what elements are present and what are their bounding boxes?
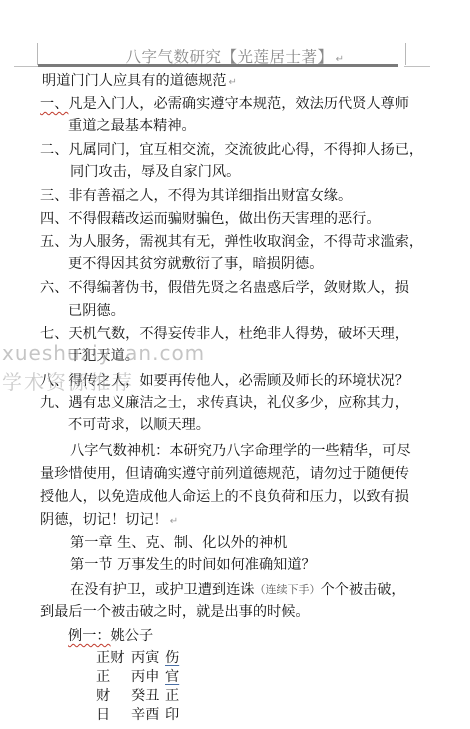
rule-1-line-2: 重道之最基本精神。 xyxy=(68,116,196,136)
example-col2-cell: 辛酉 xyxy=(131,705,159,725)
rule-6-line-1: 六、不得编著伪书，假借先贤之名蛊惑后学，敛财欺人，损 xyxy=(40,278,409,298)
example-col1-cell: 财 xyxy=(96,686,110,706)
rule-4-line-1: 四、不得假藉改运而骗财骗色，做出伤天害理的恶行。 xyxy=(40,209,381,229)
example-col2-cell: 丙申 xyxy=(131,667,159,687)
example-col3-cell: 官 xyxy=(165,667,179,687)
rule-text: 同门攻击，辱及自家门风。 xyxy=(70,164,240,180)
rule-2-line-2: 同门攻击，辱及自家门风。 xyxy=(70,162,240,182)
page-header[interactable]: 八字气数研究【光莲居士著】↵ xyxy=(0,45,470,67)
section-subheading: 第一节 万事发生的时间如何准确知道？ xyxy=(70,555,316,575)
paragraph-text: 到最后一个被击破之时，就是出事的时候。 xyxy=(40,604,310,620)
rule-5-line-2: 更不得因其贫穷就敷衍了事，暗损阴德。 xyxy=(68,254,323,274)
rule-9-line-2: 不可苛求，以顺天理。 xyxy=(68,415,210,435)
rule-5-line-1: 五、为人服务，需视其有无，弹性收取润金，不得苛求滥索， xyxy=(40,232,423,252)
rule-number: 九、 xyxy=(40,393,68,413)
rule-text: 不得编著伪书，假借先贤之名蛊惑后学，敛财欺人，损 xyxy=(68,280,409,296)
rule-text: 凡属同门，宜互相交流，交流彼此心得，不得抑人扬已， xyxy=(68,142,423,158)
example-col3-cell: 正 xyxy=(165,686,179,706)
rule-text: 非有善福之人，不得为其详细指出财富女缘。 xyxy=(68,188,352,204)
example-name: 姚公子 xyxy=(111,628,154,644)
paragraph-annotation: （连续下手） xyxy=(254,583,320,596)
watermark-text: 学术资源推荐 xyxy=(2,366,134,395)
rule-1-line-1: 一、凡是入门人，必需确实遵守本规范，效法历代贤人尊师 xyxy=(40,94,409,114)
rule-text: 更不得因其贫穷就敷衍了事，暗损阴德。 xyxy=(68,256,323,272)
example-heading: 例一：姚公子 xyxy=(68,626,153,646)
section-heading: 明道门门人应具有的道德规范↵ xyxy=(42,71,237,93)
rule-2-line-1: 二、凡属同门，宜互相交流，交流彼此心得，不得抑人扬已， xyxy=(40,140,423,160)
paragraph-mark-icon: ↵ xyxy=(228,77,236,88)
rule-6-line-2: 已阴德。 xyxy=(68,301,125,321)
example-col2-cell: 癸丑 xyxy=(131,686,159,706)
paragraph-text: 在没有护卫，或护卫遭到连诛 xyxy=(70,582,254,598)
rule-number: 五、 xyxy=(40,232,68,252)
intro-paragraph-line-3: 授他人，以免造成他人命运上的不良负荷和压力，以致有损 xyxy=(40,487,409,507)
paragraph-text: 阴德，切记！切记！ xyxy=(40,512,168,528)
example-label: 例一： xyxy=(68,628,111,644)
paragraph-text: 八字气数神机：本研究乃八字命理学的一些精华，可尽 xyxy=(70,443,411,459)
rule-text: 重道之最基本精神。 xyxy=(68,118,196,134)
body-paragraph-line-1: 在没有护卫，或护卫遭到连诛（连续下手）个个被击破， xyxy=(70,580,406,600)
section-heading-text: 明道门门人应具有的道德规范 xyxy=(42,73,226,89)
document-page: 八字气数研究【光莲居士著】↵ 明道门门人应具有的道德规范↵ 一、凡是入门人，必需… xyxy=(0,0,470,729)
example-col1-cell: 日 xyxy=(96,705,110,725)
paragraph-text: 量珍惜使用，但请确实遵守前列道德规范，请勿过于随便传 xyxy=(40,466,409,482)
intro-paragraph-line-2: 量珍惜使用，但请确实遵守前列道德规范，请勿过于随便传 xyxy=(40,464,409,484)
rule-text: 已阴德。 xyxy=(68,303,125,319)
rule-text: 不可苛求，以顺天理。 xyxy=(68,417,210,433)
body-paragraph-line-2: 到最后一个被击破之时，就是出事的时候。 xyxy=(40,602,310,622)
rule-text: 遇有忠义廉洁之士，求传真诀，礼仪多少，应称其力， xyxy=(68,395,409,411)
paragraph-mark-icon: ↵ xyxy=(170,516,178,527)
rule-3-line-1: 三、非有善福之人，不得为其详细指出财富女缘。 xyxy=(40,186,352,206)
intro-paragraph-line-4: 阴德，切记！切记！↵ xyxy=(40,510,178,532)
header-title: 八字气数研究【光莲居士著】 xyxy=(126,48,334,66)
example-col3-cell: 印 xyxy=(165,705,179,725)
example-col3-cell: 伤 xyxy=(165,648,179,668)
rule-text: 凡是入门人，必需确实遵守本规范，效法历代贤人尊师 xyxy=(68,96,409,112)
example-col1-cell: 正 xyxy=(96,667,110,687)
rule-number: 三、 xyxy=(40,186,68,206)
example-col1-cell: 正财 xyxy=(96,648,124,668)
intro-paragraph-line-1: 八字气数神机：本研究乃八字命理学的一些精华，可尽 xyxy=(70,441,411,461)
example-col2-cell: 丙寅 xyxy=(131,648,159,668)
rule-number: 四、 xyxy=(40,209,68,229)
chapter-heading-text: 第一章 生、克、制、化以外的神机 xyxy=(70,535,287,551)
paragraph-mark-icon: ↵ xyxy=(336,54,345,65)
rule-text: 不得假藉改运而骗财骗色，做出伤天害理的恶行。 xyxy=(68,211,380,227)
rule-number: 一、 xyxy=(40,94,68,114)
chapter-heading: 第一章 生、克、制、化以外的神机 xyxy=(70,533,287,553)
rule-text: 为人服务，需视其有无，弹性收取润金，不得苛求滥索， xyxy=(68,234,423,250)
paragraph-text: 授他人，以免造成他人命运上的不良负荷和压力，以致有损 xyxy=(40,489,409,505)
rule-9-line-1: 九、遇有忠义廉洁之士，求传真诀，礼仪多少，应称其力， xyxy=(40,393,409,413)
rule-number: 二、 xyxy=(40,140,68,160)
rule-text: 天机气数，不得妄传非人，杜绝非人得势，破坏天理， xyxy=(68,326,409,342)
section-subheading-text: 第一节 万事发生的时间如何准确知道？ xyxy=(70,557,316,573)
paragraph-text: 个个被击破， xyxy=(320,582,405,598)
watermark-url: xueshuziyuan.com xyxy=(2,341,205,365)
rule-number: 六、 xyxy=(40,278,68,298)
